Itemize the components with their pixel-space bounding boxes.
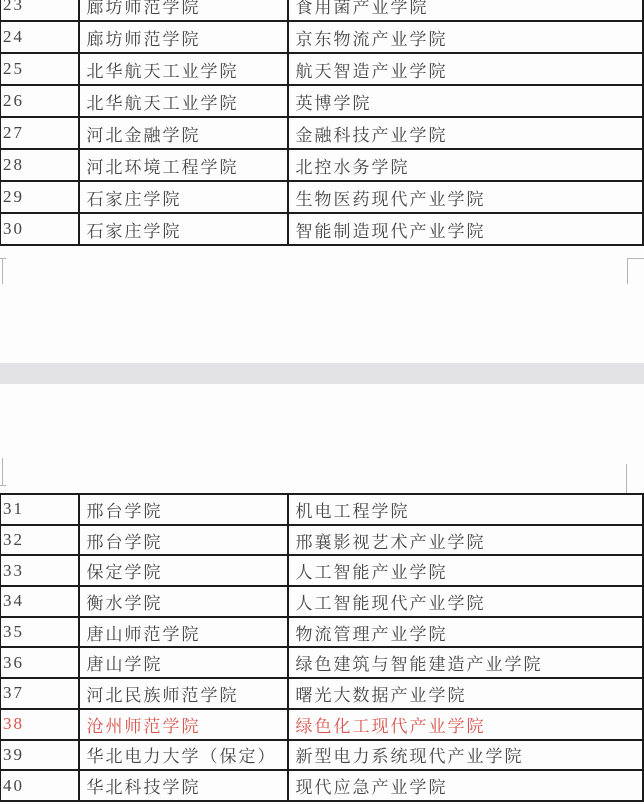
row-number-cell: 40 bbox=[1, 770, 79, 801]
college-name-cell: 智能制造现代产业学院 bbox=[288, 213, 644, 245]
row-number-cell: 37 bbox=[1, 678, 79, 709]
university-name-cell: 邢台学院 bbox=[79, 525, 288, 556]
row-number-cell: 38 bbox=[1, 709, 79, 740]
college-name-cell: 北控水务学院 bbox=[288, 149, 644, 181]
university-name-cell: 廊坊师范学院 bbox=[79, 21, 288, 53]
table-row: 32邢台学院邢襄影视艺术产业学院 bbox=[1, 525, 644, 556]
college-name-cell: 京东物流产业学院 bbox=[288, 21, 644, 53]
table-row: 34衡水学院人工智能现代产业学院 bbox=[1, 586, 644, 617]
row-number-cell: 34 bbox=[1, 586, 79, 617]
university-name-cell: 廊坊师范学院 bbox=[79, 0, 288, 21]
table-row: 36唐山学院绿色建筑与智能建造产业学院 bbox=[1, 647, 644, 678]
table-row: 39华北电力大学（保定）新型电力系统现代产业学院 bbox=[1, 740, 644, 771]
university-name-cell: 衡水学院 bbox=[79, 586, 288, 617]
row-number-cell: 25 bbox=[1, 53, 79, 85]
page2-top-left-margin-mark bbox=[0, 485, 6, 486]
university-name-cell: 北华航天工业学院 bbox=[79, 85, 288, 117]
table-row: 26北华航天工业学院英博学院 bbox=[1, 85, 644, 117]
college-name-cell: 人工智能现代产业学院 bbox=[288, 586, 644, 617]
university-name-cell: 石家庄学院 bbox=[79, 213, 288, 245]
row-number-cell: 36 bbox=[1, 647, 79, 678]
university-name-cell: 唐山师范学院 bbox=[79, 617, 288, 648]
university-name-cell: 河北环境工程学院 bbox=[79, 149, 288, 181]
page1-bottom-left-margin-mark bbox=[2, 258, 3, 284]
college-list-table-page1: 23廊坊师范学院食用菌产业学院24廊坊师范学院京东物流产业学院25北华航天工业学… bbox=[0, 0, 644, 246]
page2-top-right-margin-mark bbox=[626, 464, 627, 493]
row-number-cell: 29 bbox=[1, 181, 79, 213]
page2-top-left-margin-mark bbox=[2, 458, 3, 486]
row-number-cell: 27 bbox=[1, 117, 79, 149]
college-name-cell: 绿色建筑与智能建造产业学院 bbox=[288, 647, 644, 678]
row-number-cell: 39 bbox=[1, 740, 79, 771]
university-name-cell: 北华航天工业学院 bbox=[79, 53, 288, 85]
university-name-cell: 华北科技学院 bbox=[79, 770, 288, 801]
college-name-cell: 英博学院 bbox=[288, 85, 644, 117]
page1-bottom-right-margin-mark bbox=[627, 258, 628, 284]
page-separator-band bbox=[0, 363, 644, 384]
college-name-cell: 生物医药现代产业学院 bbox=[288, 181, 644, 213]
university-name-cell: 邢台学院 bbox=[79, 494, 288, 525]
college-name-cell: 曙光大数据产业学院 bbox=[288, 678, 644, 709]
row-number-cell: 28 bbox=[1, 149, 79, 181]
table-row: 40华北科技学院现代应急产业学院 bbox=[1, 770, 644, 801]
table-row: 30石家庄学院智能制造现代产业学院 bbox=[1, 213, 644, 245]
table-row: 24廊坊师范学院京东物流产业学院 bbox=[1, 21, 644, 53]
row-number-cell: 23 bbox=[1, 0, 79, 21]
university-name-cell: 华北电力大学（保定） bbox=[79, 740, 288, 771]
table-row: 27河北金融学院金融科技产业学院 bbox=[1, 117, 644, 149]
university-name-cell: 河北金融学院 bbox=[79, 117, 288, 149]
table-row: 37河北民族师范学院曙光大数据产业学院 bbox=[1, 678, 644, 709]
college-name-cell: 食用菌产业学院 bbox=[288, 0, 644, 21]
table-row: 38沧州师范学院绿色化工现代产业学院 bbox=[1, 709, 644, 740]
table-row: 35唐山师范学院物流管理产业学院 bbox=[1, 617, 644, 648]
row-number-cell: 30 bbox=[1, 213, 79, 245]
university-name-cell: 保定学院 bbox=[79, 555, 288, 586]
college-name-cell: 金融科技产业学院 bbox=[288, 117, 644, 149]
college-name-cell: 航天智造产业学院 bbox=[288, 53, 644, 85]
row-number-cell: 33 bbox=[1, 555, 79, 586]
university-name-cell: 石家庄学院 bbox=[79, 181, 288, 213]
college-name-cell: 现代应急产业学院 bbox=[288, 770, 644, 801]
college-name-cell: 人工智能产业学院 bbox=[288, 555, 644, 586]
row-number-cell: 31 bbox=[1, 494, 79, 525]
college-name-cell: 新型电力系统现代产业学院 bbox=[288, 740, 644, 771]
document-page: 23廊坊师范学院食用菌产业学院24廊坊师范学院京东物流产业学院25北华航天工业学… bbox=[0, 0, 644, 804]
page1-bottom-right-margin-mark bbox=[627, 258, 644, 259]
table-row: 25北华航天工业学院航天智造产业学院 bbox=[1, 53, 644, 85]
table-row: 29石家庄学院生物医药现代产业学院 bbox=[1, 181, 644, 213]
university-name-cell: 沧州师范学院 bbox=[79, 709, 288, 740]
page1-bottom-left-margin-mark bbox=[0, 258, 6, 259]
university-name-cell: 河北民族师范学院 bbox=[79, 678, 288, 709]
college-name-cell: 物流管理产业学院 bbox=[288, 617, 644, 648]
row-number-cell: 24 bbox=[1, 21, 79, 53]
row-number-cell: 35 bbox=[1, 617, 79, 648]
college-name-cell: 邢襄影视艺术产业学院 bbox=[288, 525, 644, 556]
table-row: 33保定学院人工智能产业学院 bbox=[1, 555, 644, 586]
table-row: 23廊坊师范学院食用菌产业学院 bbox=[1, 0, 644, 21]
college-name-cell: 绿色化工现代产业学院 bbox=[288, 709, 644, 740]
university-name-cell: 唐山学院 bbox=[79, 647, 288, 678]
table-row: 28河北环境工程学院北控水务学院 bbox=[1, 149, 644, 181]
row-number-cell: 32 bbox=[1, 525, 79, 556]
table-row: 31邢台学院机电工程学院 bbox=[1, 494, 644, 525]
college-name-cell: 机电工程学院 bbox=[288, 494, 644, 525]
row-number-cell: 26 bbox=[1, 85, 79, 117]
college-list-table-page2: 31邢台学院机电工程学院32邢台学院邢襄影视艺术产业学院33保定学院人工智能产业… bbox=[0, 493, 644, 802]
